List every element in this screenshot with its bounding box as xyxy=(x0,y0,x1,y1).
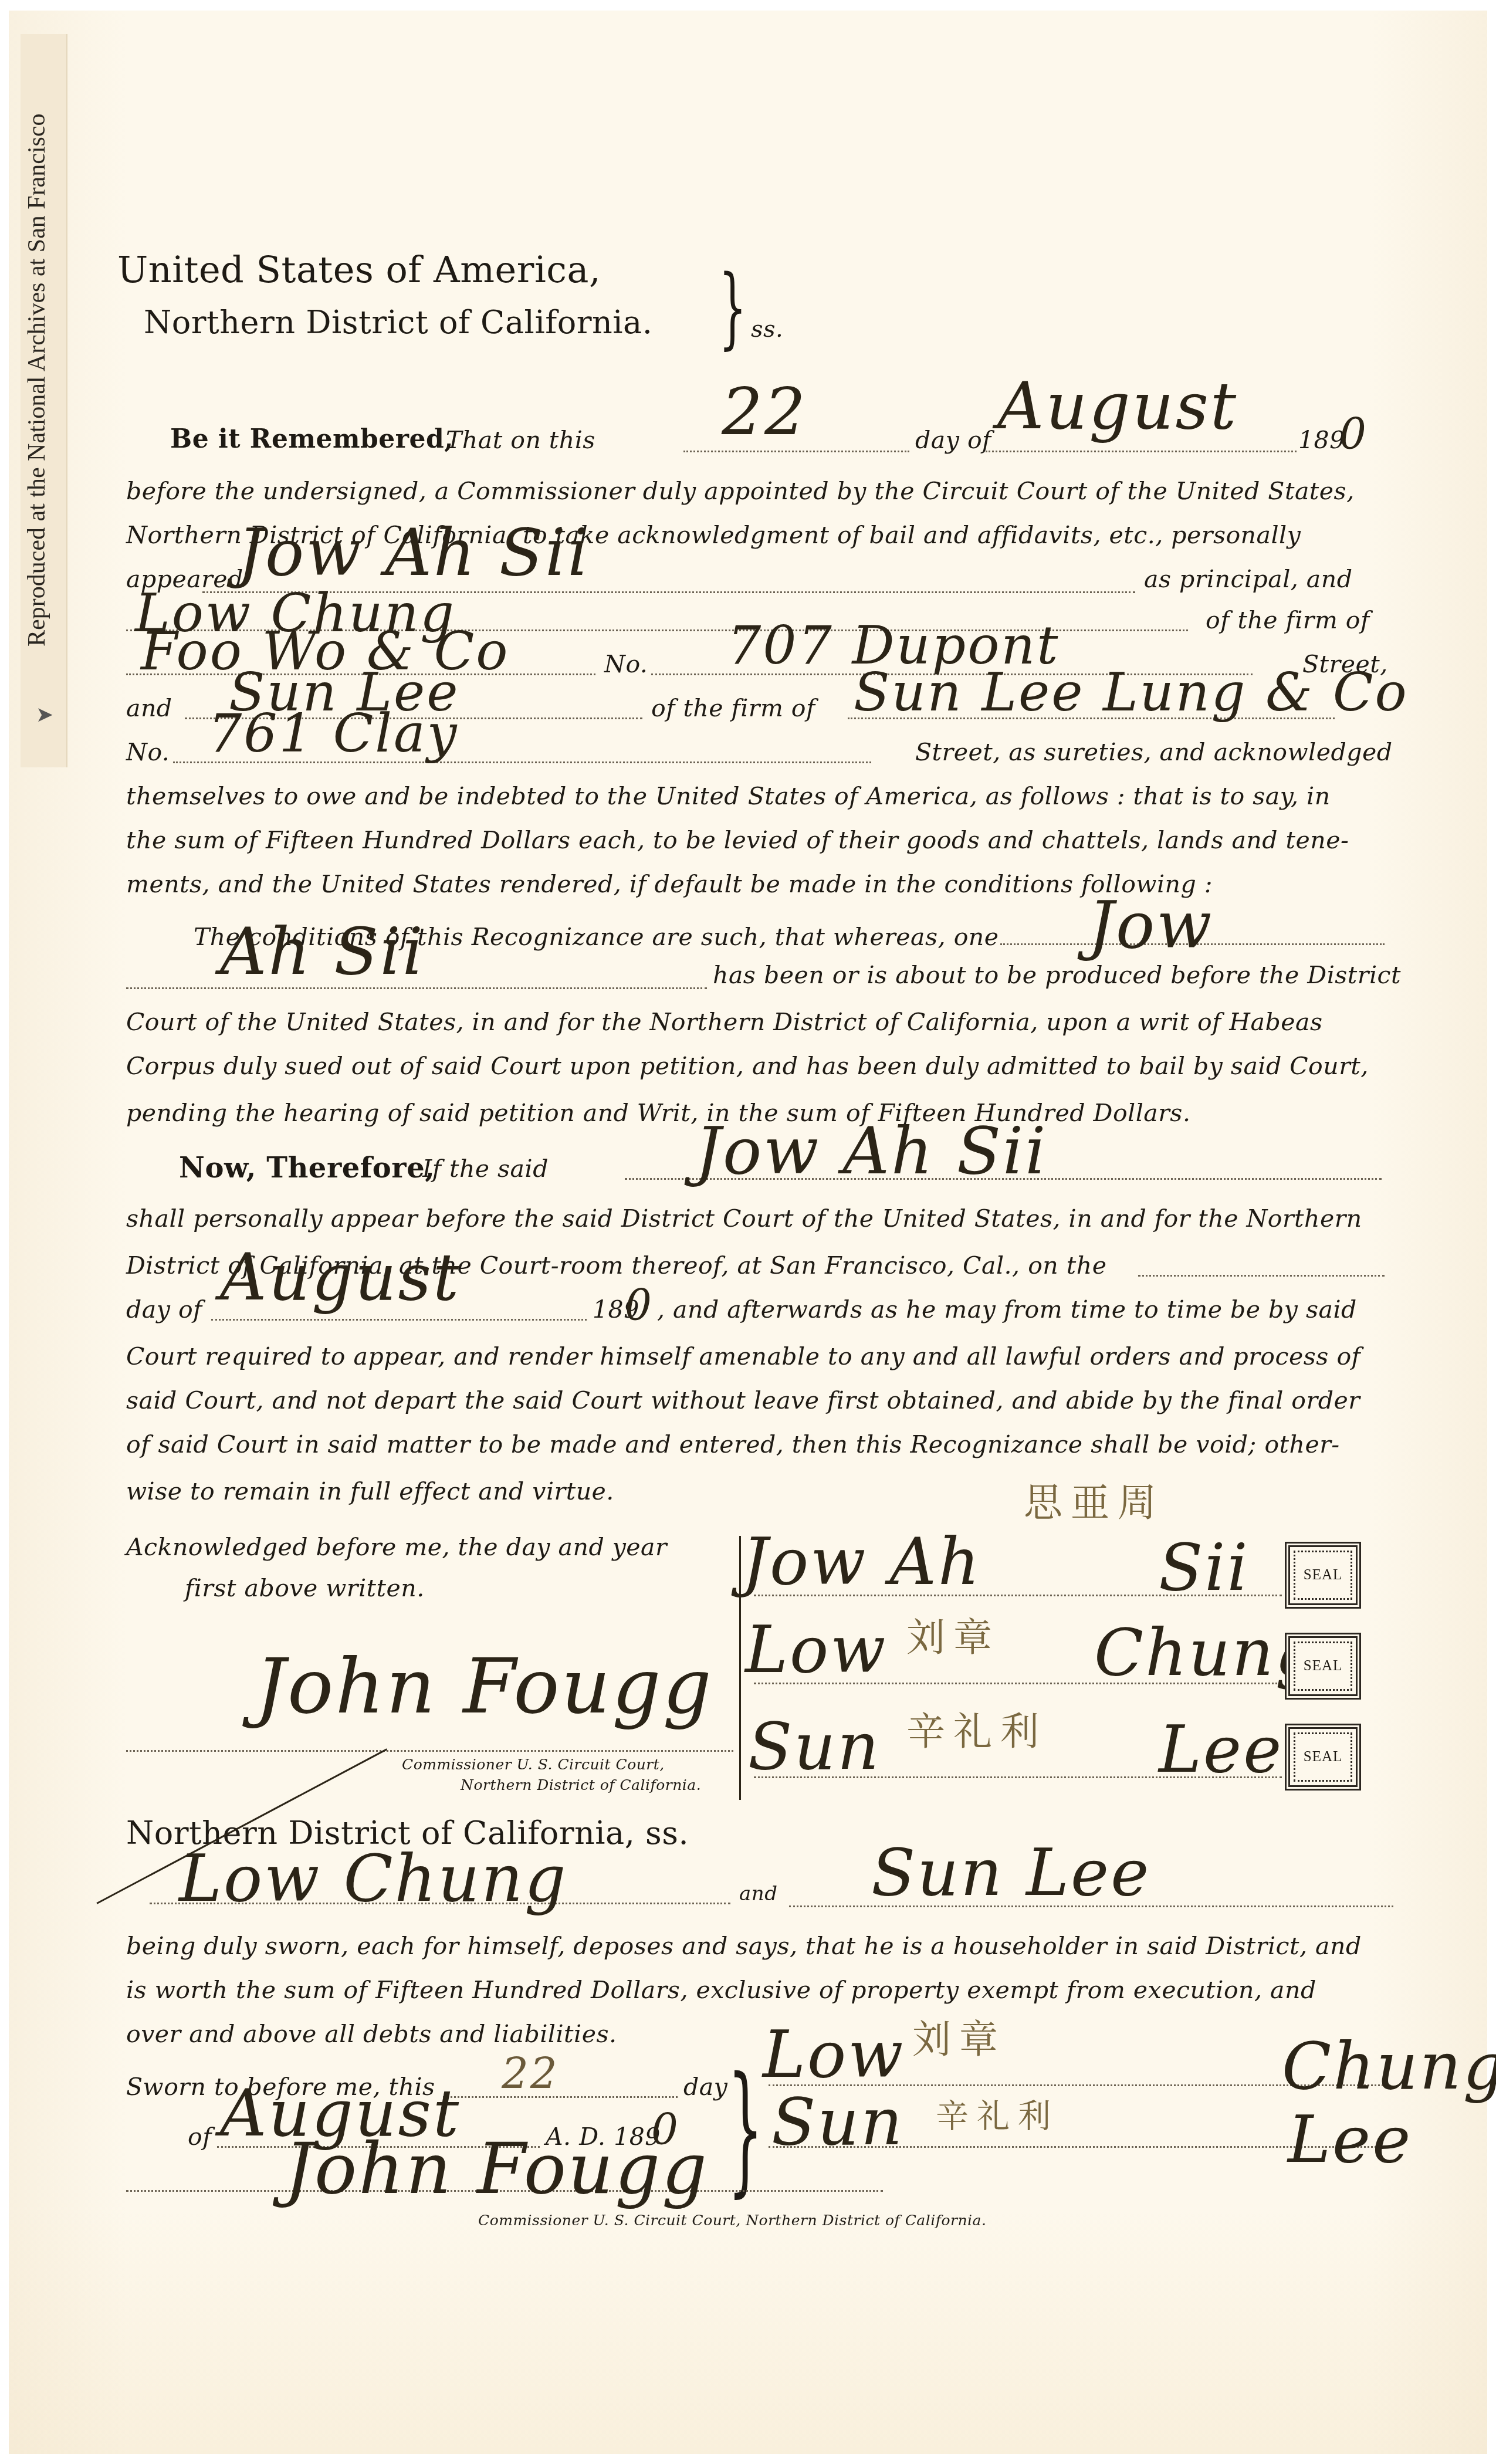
signature-brace xyxy=(739,1536,741,1800)
header-country: United States of America, xyxy=(117,248,601,291)
that-on-this-label: That on this xyxy=(446,426,595,454)
signature-name-left: Sun xyxy=(748,1709,881,1784)
header-brace: } xyxy=(719,257,747,359)
year-prefix: 189 xyxy=(1298,426,1345,454)
sworn-day-label: day xyxy=(683,2073,727,2101)
signature-chinese: 思亜周 xyxy=(1024,1471,1165,1527)
signature-name-left: Low xyxy=(745,1612,887,1687)
defendant-name-part2: Ah Sii xyxy=(220,914,425,989)
conditions-line-2: Court of the United States, in and for t… xyxy=(126,1008,1323,1036)
affidavit-surety1-handwritten: Low Chung xyxy=(179,1841,568,1916)
now-therefore-line-8: wise to remain in full effect and virtue… xyxy=(126,1477,614,1505)
affidavit-and-label: and xyxy=(739,1882,777,1905)
appearance-month-field[interactable] xyxy=(211,1319,587,1321)
no-label: No. xyxy=(604,650,648,678)
appearing-name-handwritten: Jow Ah Sii xyxy=(695,1113,1047,1189)
of-the-firm-of-label-2: of the firm of xyxy=(651,694,815,722)
signature-chinese: 辛礼利 xyxy=(906,1700,1047,1756)
appearance-month-handwritten: August xyxy=(220,1240,461,1315)
sworn-signer1-left: Low xyxy=(763,2017,905,2092)
sworn-commissioner-title: Commissioner U. S. Circuit Court, Northe… xyxy=(478,2212,986,2229)
sworn-signer2-left: Sun xyxy=(771,2084,904,2160)
now-therefore-line-6: said Court, and not depart the said Cour… xyxy=(126,1386,1360,1414)
affidavit-line-3: over and above all debts and liabilities… xyxy=(126,2020,617,2048)
recognizance-owe-line: themselves to owe and be indebted to the… xyxy=(126,782,1331,810)
archive-strip: Reproduced at the National Archives at S… xyxy=(21,34,67,767)
surety2-address-handwritten: 761 Clay xyxy=(208,703,459,764)
sworn-of-label: of xyxy=(188,2123,212,2151)
appearance-day-field[interactable] xyxy=(1138,1275,1385,1277)
month-handwritten: August xyxy=(997,368,1238,444)
no-label-2: No. xyxy=(126,738,170,766)
signature-name-right: Lee xyxy=(1159,1712,1283,1787)
header-district: Northern District of California. xyxy=(144,304,652,341)
signature-name-left: Jow Ah xyxy=(742,1524,981,1599)
acknowledged-line-1: Acknowledged before me, the day and year xyxy=(126,1533,667,1561)
and-label: and xyxy=(126,694,172,722)
header-ss: ss. xyxy=(751,316,783,343)
appearance-day-of-label: day of xyxy=(126,1295,202,1324)
produced-label: has been or is about to be produced befo… xyxy=(713,961,1401,989)
day-field[interactable] xyxy=(683,451,909,452)
sworn-day-field[interactable] xyxy=(443,2096,678,2098)
sworn-signer1-chinese: 刘章 xyxy=(912,2008,1006,2064)
be-it-remembered: Be it Remembered, xyxy=(170,424,453,454)
now-therefore: Now, Therefore, xyxy=(179,1152,435,1184)
seal-icon: SEAL xyxy=(1285,1542,1361,1609)
affidavit-line-1: being duly sworn, each for himself, depo… xyxy=(126,1932,1362,1960)
now-therefore-line-2: shall personally appear before the said … xyxy=(126,1204,1362,1233)
year-handwritten: 0 xyxy=(1339,409,1368,459)
recognizance-ments-line: ments, and the United States rendered, i… xyxy=(126,870,1213,898)
seal-icon: SEAL xyxy=(1285,1633,1361,1700)
month-field[interactable] xyxy=(986,451,1297,452)
sworn-signer2-right: Lee xyxy=(1288,2102,1412,2177)
principal-handwritten: Jow Ah Sii xyxy=(238,515,590,590)
conditions-line-3: Corpus duly sued out of said Court upon … xyxy=(126,1052,1369,1080)
archive-reproduction-notice: Reproduced at the National Archives at S… xyxy=(23,57,64,703)
appearance-year-handwritten: 0 xyxy=(625,1281,654,1330)
recognizance-sum-line: the sum of Fifteen Hundred Dollars each,… xyxy=(126,826,1349,854)
signature-chinese: 刘章 xyxy=(906,1606,1000,1662)
defendant-name-part1: Jow xyxy=(1088,888,1213,963)
sworn-brace: } xyxy=(727,2046,763,2211)
recognizance-line-2: before the undersigned, a Commissioner d… xyxy=(126,477,1355,505)
signature-name-right: Sii xyxy=(1159,1530,1250,1605)
sworn-signer2-chinese: 辛礼利 xyxy=(936,2090,1059,2137)
arrow-icon: ➤ xyxy=(36,703,53,727)
now-therefore-line-7: of said Court in said matter to be made … xyxy=(126,1430,1340,1458)
if-the-said-label: If the said xyxy=(422,1155,549,1183)
affidavit-line-2: is worth the sum of Fifteen Hundred Doll… xyxy=(126,1976,1316,2004)
day-handwritten: 22 xyxy=(722,374,807,449)
of-the-firm-of-label: of the firm of xyxy=(1206,606,1370,634)
commissioner-title-2: Northern District of California. xyxy=(461,1776,701,1793)
document-page: Reproduced at the National Archives at S… xyxy=(9,11,1487,2454)
surety2-firm-handwritten: Sun Lee Lung & Co xyxy=(854,662,1409,723)
now-therefore-line-5: Court required to appear, and render him… xyxy=(126,1342,1360,1370)
day-of-label: day of xyxy=(915,426,991,454)
commissioner-title-1: Commissioner U. S. Circuit Court, xyxy=(402,1756,665,1773)
sworn-day-handwritten: 22 xyxy=(502,2049,559,2099)
street-sureties-label: Street, as sureties, and acknowledged xyxy=(915,738,1392,766)
commissioner-signature-line[interactable] xyxy=(126,1750,733,1752)
seal-icon: SEAL xyxy=(1285,1724,1361,1791)
acknowledged-line-2: first above written. xyxy=(185,1574,425,1602)
affidavit-surety2-handwritten: Sun Lee xyxy=(871,1835,1150,1910)
sworn-commissioner-signature: John Fougg xyxy=(285,2128,709,2210)
after-year-text: , and afterwards as he may from time to … xyxy=(657,1295,1357,1324)
commissioner-signature: John Fougg xyxy=(255,1641,713,1731)
sworn-signer1-right: Chung xyxy=(1282,2029,1496,2104)
as-principal-label: as principal, and xyxy=(1144,565,1352,593)
